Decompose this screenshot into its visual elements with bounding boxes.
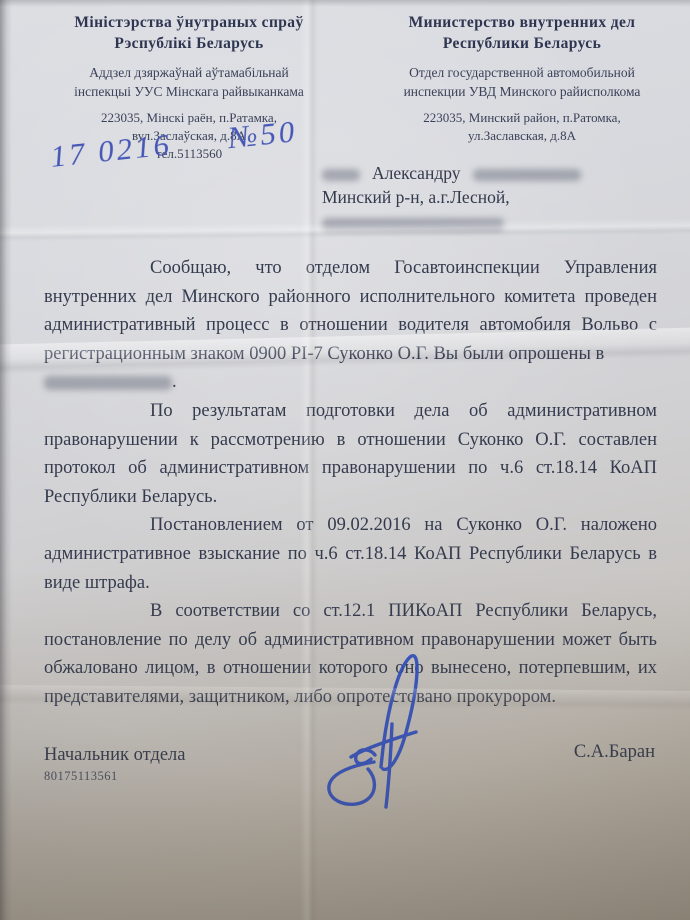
department-name-line: Аддзел дзяржаўнай аўтамабільнай [28, 63, 350, 82]
ministry-name-line: Міністэрства ўнутраных спраў [28, 12, 350, 33]
recipient-address-block: Александру Минский р-н, а.г.Лесной, [322, 161, 652, 233]
recipient-name: Александру [372, 163, 461, 183]
paragraph-1-tail: . [172, 372, 177, 392]
photographed-letter: Міністэрства ўнутраных спраў Рэспублікі … [0, 0, 690, 920]
redacted-text [322, 169, 360, 181]
department-name-line: інспекцыі УУС Мінскага райвыканкама [28, 82, 350, 101]
redacted-text [473, 169, 581, 181]
signer-position: Начальник отдела [44, 745, 186, 766]
ministry-name-line: Республики Беларусь [364, 33, 680, 54]
redacted-text [44, 376, 172, 390]
body-paragraph-3: Постановлением от 09.02.2016 на Суконко … [44, 511, 657, 597]
org-address-line: ул.Заславская, д.8А [364, 127, 680, 145]
signer-name: С.А.Баран [574, 742, 655, 763]
letterhead-russian: Министерство внутренних дел Республики Б… [364, 12, 680, 145]
handwritten-signature [324, 638, 442, 810]
signer-phone: 80175113561 [44, 769, 186, 784]
department-name-line: Отдел государственной автомобильной [364, 63, 680, 82]
redacted-text [322, 218, 504, 231]
redacted-line: . [44, 368, 657, 397]
handwritten-number: №50 [226, 113, 299, 155]
recipient-address-line: Минский р-н, а.г.Лесной, [322, 185, 652, 209]
department-name-line: инспекции УВД Минского райисполкома [364, 82, 680, 101]
ministry-name-line: Рэспублікі Беларусь [28, 33, 350, 54]
letter-sheet: Міністэрства ўнутраных спраў Рэспублікі … [0, 0, 690, 920]
body-paragraph-2: По результатам подготовки дела об админи… [44, 397, 657, 511]
signer-position-block: Начальник отдела 80175113561 [44, 745, 186, 784]
body-paragraph-1: Сообщаю, что отделом Госавтоинспекции Уп… [44, 254, 657, 368]
ministry-name-line: Министерство внутренних дел [364, 12, 680, 33]
org-address-line: 223035, Минский район, п.Ратомка, [364, 109, 680, 127]
